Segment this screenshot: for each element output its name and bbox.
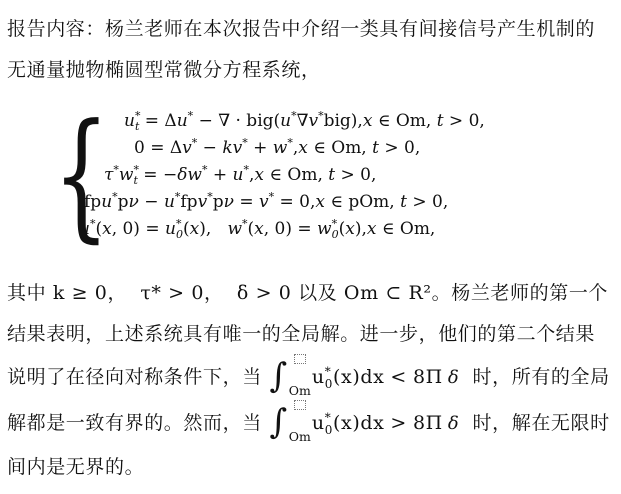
integral-symbol-group: ∫Om xyxy=(269,353,310,399)
equation-left-brace: { xyxy=(53,105,79,245)
body-paragraph: 其中 k ≥ 0， τ* > 0， δ > 0 以及 Om ⊂ R²。杨兰老师的… xyxy=(7,273,614,488)
integral-symbol-group: ∫Om xyxy=(269,399,310,445)
integral-expression-2: ∫Omu*0(x)dx>8Πδ xyxy=(268,412,459,434)
body-line-4-text-after: 时，解在无限时 xyxy=(459,412,609,434)
integrand-rest: (x)dx xyxy=(333,412,384,434)
intro-line-1: 报告内容：杨兰老师在本次报告中介绍一类具有间接信号产生机制的 xyxy=(7,9,614,50)
body-line-4-text-before: 解都是一致有界的。然而，当 xyxy=(7,412,268,434)
body-line-3-text-after: 时，所有的全局 xyxy=(459,366,609,388)
integral-expression-1: ∫Omu*0(x)dx<8Πδ xyxy=(268,366,459,388)
delta-symbol: δ xyxy=(448,367,459,388)
intro-line-2: 无通量抛物椭圆型常微分方程系统， xyxy=(7,50,614,91)
body-line-2: 结果表明，上述系统具有唯一的全局解。进一步，他们的第二个结果 xyxy=(7,314,614,355)
less-than-operator: < xyxy=(390,366,407,388)
equation-line-4: fpu*pν − u*fpv*pν = v* = 0,x ∈ pOm, t > … xyxy=(84,189,485,216)
equation-line-5: u*(x, 0) = u*0(x), w*(x, 0) = w*0(x),x ∈… xyxy=(79,216,485,243)
integral-limits: Om xyxy=(289,353,311,399)
body-line-3: 说明了在径向对称条件下，当 ∫Omu*0(x)dx<8Πδ 时，所有的全局 xyxy=(7,355,614,401)
body-line-5: 间内是无界的。 xyxy=(7,447,614,488)
integrand-subscript: 0 xyxy=(325,423,333,437)
body-line-1: 其中 k ≥ 0， τ* > 0， δ > 0 以及 Om ⊂ R²。杨兰老师的… xyxy=(7,273,614,314)
integrand-rest: (x)dx xyxy=(333,366,384,388)
empty-superscript-placeholder-box xyxy=(294,400,306,410)
equation-line-1: u*t = Δu* − ∇ · big(u*∇v*big),x ∈ Om, t … xyxy=(124,108,485,135)
integral-lower-limit: Om xyxy=(289,385,311,398)
equation-system: { u*t = Δu* − ∇ · big(u*∇v*big),x ∈ Om, … xyxy=(53,105,614,245)
integral-sign: ∫ xyxy=(269,354,287,398)
delta-symbol: δ xyxy=(448,413,459,434)
integrand-subscript: 0 xyxy=(325,377,333,391)
document-page: 报告内容：杨兰老师在本次报告中介绍一类具有间接信号产生机制的 无通量抛物椭圆型常… xyxy=(0,0,621,494)
integral-lower-limit: Om xyxy=(289,431,311,444)
bound-value: 8Π xyxy=(413,366,443,388)
integral-limits: Om xyxy=(289,399,311,445)
integral-sign: ∫ xyxy=(269,400,287,444)
body-line-4: 解都是一致有界的。然而，当 ∫Omu*0(x)dx>8Πδ 时，解在无限时 xyxy=(7,401,614,447)
integrand-base: u xyxy=(312,366,325,388)
greater-than-operator: > xyxy=(390,412,407,434)
integrand-base: u xyxy=(312,412,325,434)
equation-line-2: 0 = Δv* − kv* + w*,x ∈ Om, t > 0, xyxy=(134,135,485,162)
body-line-3-text-before: 说明了在径向对称条件下，当 xyxy=(7,366,268,388)
bound-value: 8Π xyxy=(413,412,443,434)
empty-superscript-placeholder-box xyxy=(294,354,306,364)
equation-lines: u*t = Δu* − ∇ · big(u*∇v*big),x ∈ Om, t … xyxy=(79,108,485,243)
equation-line-3: τ*w*t = −δw* + u*,x ∈ Om, t > 0, xyxy=(104,162,485,189)
